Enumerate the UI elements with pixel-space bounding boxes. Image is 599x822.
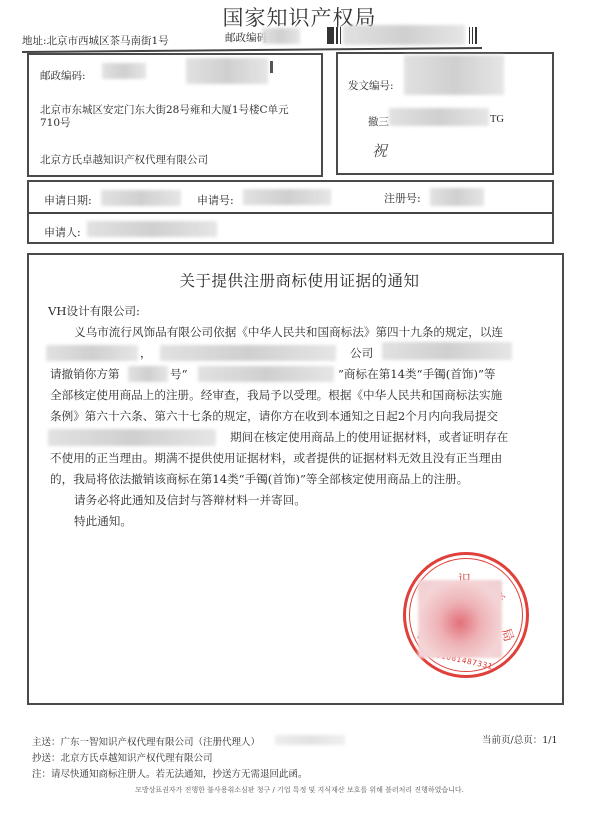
redacted-period — [46, 345, 138, 361]
redacted-recipient-postal-code — [102, 63, 146, 79]
redacted-registration-number — [430, 188, 484, 206]
redacted-application-date — [101, 190, 181, 206]
handwritten-mark: 祝 — [372, 140, 387, 161]
registration-number-label: 注册号: — [384, 190, 421, 206]
redacted-applicant — [87, 221, 217, 237]
barcode-mark — [270, 61, 273, 73]
redacted-usage-period — [48, 429, 216, 446]
notice-line-3b: 号“ — [170, 364, 188, 385]
redacted-mark-name — [198, 366, 334, 382]
redacted-application-number — [243, 189, 331, 205]
notice-line-7: 不使用的正当理由。期满不提供使用证据材料，或者提供的证据材料无效且没有正当理由 — [50, 448, 502, 469]
notice-line-6: 期间在核定使用商品上的使用证据材料，或者证明存在 — [230, 427, 508, 448]
notice-line-8: 的，我局将依法撤销该商标在第14类“手镯(首饰)”等全部核定使用商品上的注册。 — [50, 469, 468, 490]
doc-number-label: 发文编号: — [348, 78, 394, 93]
notice-line-5: 条例》第六十六条、第六十七条的规定，请你方在收到本通知之日起2个月内向我局提交 — [50, 406, 498, 427]
barcode-end — [469, 27, 477, 44]
application-date-label: 申请日期: — [44, 192, 92, 208]
notice-instruction: 请务必将此通知及信封与答辩材料一并寄回。 — [74, 490, 306, 511]
revocation-ref-suffix: TG — [490, 114, 504, 125]
redacted-recipient-barcode — [186, 58, 268, 84]
agency-address: 地址:北京市西城区茶马南街1号 — [22, 33, 169, 48]
redacted-doc-number — [404, 55, 504, 95]
notice-line-1: 义乌市流行风饰品有限公司依据《中华人民共和国商标法》第四十九条的规定，以连 — [74, 322, 503, 343]
notice-addressee: VH设计有限公司: — [48, 301, 140, 322]
footer-note: 注：请尽快通知商标注册人。若无法通知，抄送方无需退回此函。 — [32, 766, 308, 780]
notice-line-3a: 请撤销你方第 — [50, 364, 120, 385]
application-number-label: 申请号: — [197, 192, 234, 208]
application-info-divider — [28, 212, 553, 214]
recipient-company: 北京方氏卓越知识产权代理有限公司 — [40, 152, 208, 167]
redacted-revocation-ref — [389, 108, 489, 126]
redacted-filer — [160, 345, 336, 361]
redacted-postal-code — [262, 28, 300, 44]
page-indicator: 当前页/总页：1/1 — [482, 732, 558, 746]
notice-line-2-company: 公司 — [350, 343, 373, 364]
redacted-mark-number — [128, 366, 168, 382]
applicant-label: 申请人: — [44, 224, 81, 240]
carbon-copy: 抄送：北京方氏卓越知识产权代理有限公司 — [32, 750, 213, 764]
notice-closing: 特此通知。 — [74, 511, 132, 532]
agency-postal-code-label: 邮政编码 — [225, 30, 267, 45]
barcode — [327, 27, 341, 44]
notice-line-2-comma: ， — [140, 343, 152, 364]
redacted-seal-center — [418, 580, 502, 658]
main-recipient: 主送：广东一智知识产权代理有限公司（注册代理人） — [32, 734, 260, 748]
notice-line-4: 全部核定使用商品上的注册。经审查，我局予以受理。根据《中华人民共和国商标法实施 — [50, 385, 502, 406]
redacted-agent-name — [275, 735, 345, 745]
notice-line-3c: ”商标在第14类“手镯(首饰)”等 — [338, 364, 496, 385]
revocation-ref-prefix: 撤三 — [368, 114, 389, 129]
recipient-postal-code-label: 邮政编码: — [40, 68, 86, 83]
redacted-filing-date — [382, 342, 512, 360]
blur-disclaimer-caption: 모방상표권자가 진행한 불사용취소심판 청구 / 기업 특정 및 지식재산 보호… — [0, 785, 599, 795]
notice-title: 关于提供注册商标使用证据的通知 — [0, 269, 599, 291]
recipient-address-line1: 北京市东城区安定门东大街28号雍和大厦1号楼C单元 — [40, 102, 289, 117]
redacted-barcode — [343, 25, 465, 45]
recipient-address-line2: 710号 — [40, 115, 71, 130]
